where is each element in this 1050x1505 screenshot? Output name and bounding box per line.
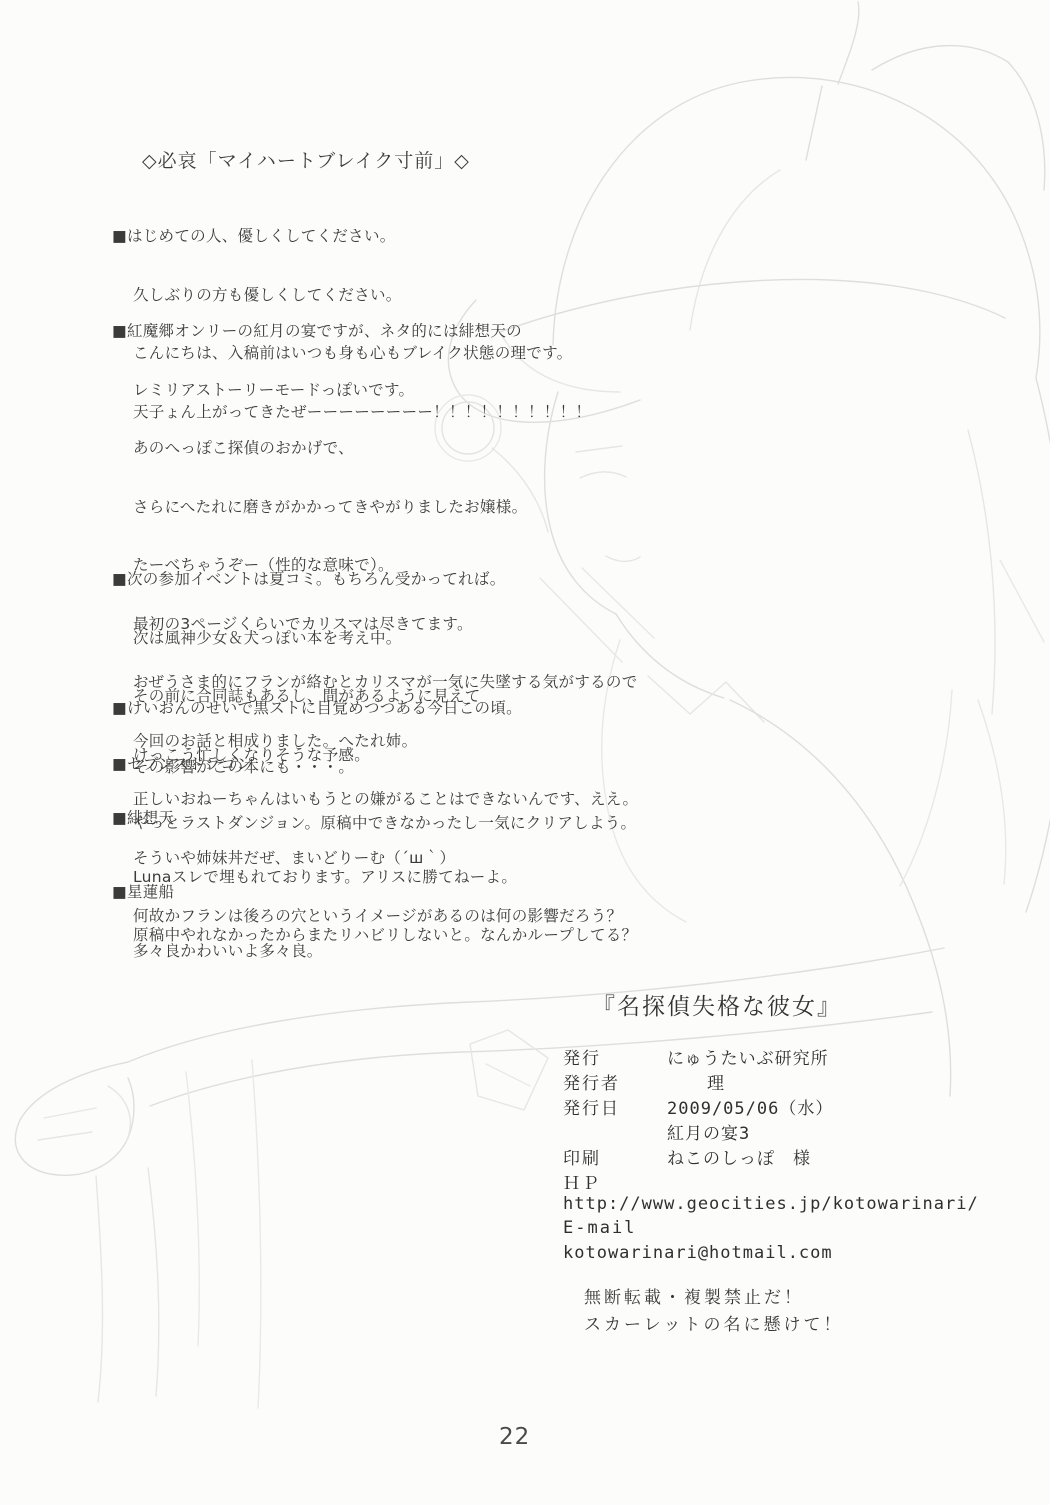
colophon-row-homepage-url: http://www.geocities.jp/kotowarinari/ [563, 1194, 973, 1218]
colophon-value: にゅうたいぶ研究所 [667, 1044, 829, 1069]
colophon-label: E-mail [563, 1218, 667, 1238]
colophon-row-email-label: E-mail [563, 1218, 973, 1243]
text-line: 多々良かわいいよ多々良。 [112, 942, 323, 962]
notice-line: スカーレットの名に懸けて！ [584, 1312, 844, 1339]
text-line: レミリアストーリーモードっぽいです。 [112, 381, 638, 401]
colophon-row-publisher-circle: 発行にゅうたいぶ研究所 [563, 1044, 973, 1069]
scanned-afterword-page: ◇必哀「マイハートブレイク寸前」◇ ■はじめての人、優しくしてください。 久しぶ… [0, 0, 1050, 1505]
colophon-value: 紅月の宴3 [667, 1119, 750, 1144]
colophon-value: 理 [667, 1069, 725, 1094]
colophon-row-email-address: kotowarinari@hotmail.com [563, 1243, 973, 1267]
colophon-row-author: 発行者理 [563, 1069, 973, 1094]
text-line: ■はじめての人、優しくしてください。 [112, 227, 591, 247]
homepage-url-text: http://www.geocities.jp/kotowarinari/ [563, 1194, 979, 1214]
text-line: ■紅魔郷オンリーの紅月の宴ですが、ネタ的には緋想天の [112, 322, 638, 342]
colophon-value: 2009/05/06（水） [667, 1094, 833, 1119]
copyright-notice: 無断転載・複製禁止だ！ スカーレットの名に懸けて！ [584, 1285, 844, 1339]
text-line: ■星蓮船 [112, 883, 323, 903]
afterword-block-seirensen: ■星蓮船 多々良かわいいよ多々良。 [112, 844, 323, 1000]
colophon-label: ＨＰ [563, 1169, 667, 1194]
notice-line: 無断転載・複製禁止だ！ [584, 1285, 844, 1312]
colophon-label: 発行日 [563, 1094, 667, 1119]
colophon-label: 発行者 [563, 1069, 667, 1094]
page-number: 22 [499, 1424, 530, 1450]
colophon-value: ねこのしっぽ 様 [667, 1144, 811, 1169]
section-heading: ◇必哀「マイハートブレイク寸前」◇ [142, 146, 470, 173]
email-address-text: kotowarinari@hotmail.com [563, 1243, 833, 1263]
colophon-label: 印刷 [563, 1144, 667, 1169]
text-line: ■緋想天 [112, 809, 637, 829]
colophon-row-date: 発行日2009/05/06（水） [563, 1094, 973, 1119]
text-line: 次は風神少女＆犬っぽい本を考え中。 [112, 629, 506, 649]
text-line: あのへっぽこ探偵のおかげで、 [112, 439, 638, 459]
colophon-row-hp-label: ＨＰ [563, 1169, 973, 1194]
colophon: 発行にゅうたいぶ研究所 発行者理 発行日2009/05/06（水） 紅月の宴3 … [563, 1044, 973, 1267]
text-line: さらにへたれに磨きがかかってきやがりましたお嬢様。 [112, 498, 638, 518]
colophon-label: 発行 [563, 1044, 667, 1069]
colophon-row-printer: 印刷ねこのしっぽ 様 [563, 1144, 973, 1169]
book-title: 『名探偵失格な彼女』 [592, 988, 842, 1021]
text-line: ■次の参加イベントは夏コミ。もちろん受かってれば。 [112, 570, 506, 590]
colophon-row-event: 紅月の宴3 [563, 1119, 973, 1144]
